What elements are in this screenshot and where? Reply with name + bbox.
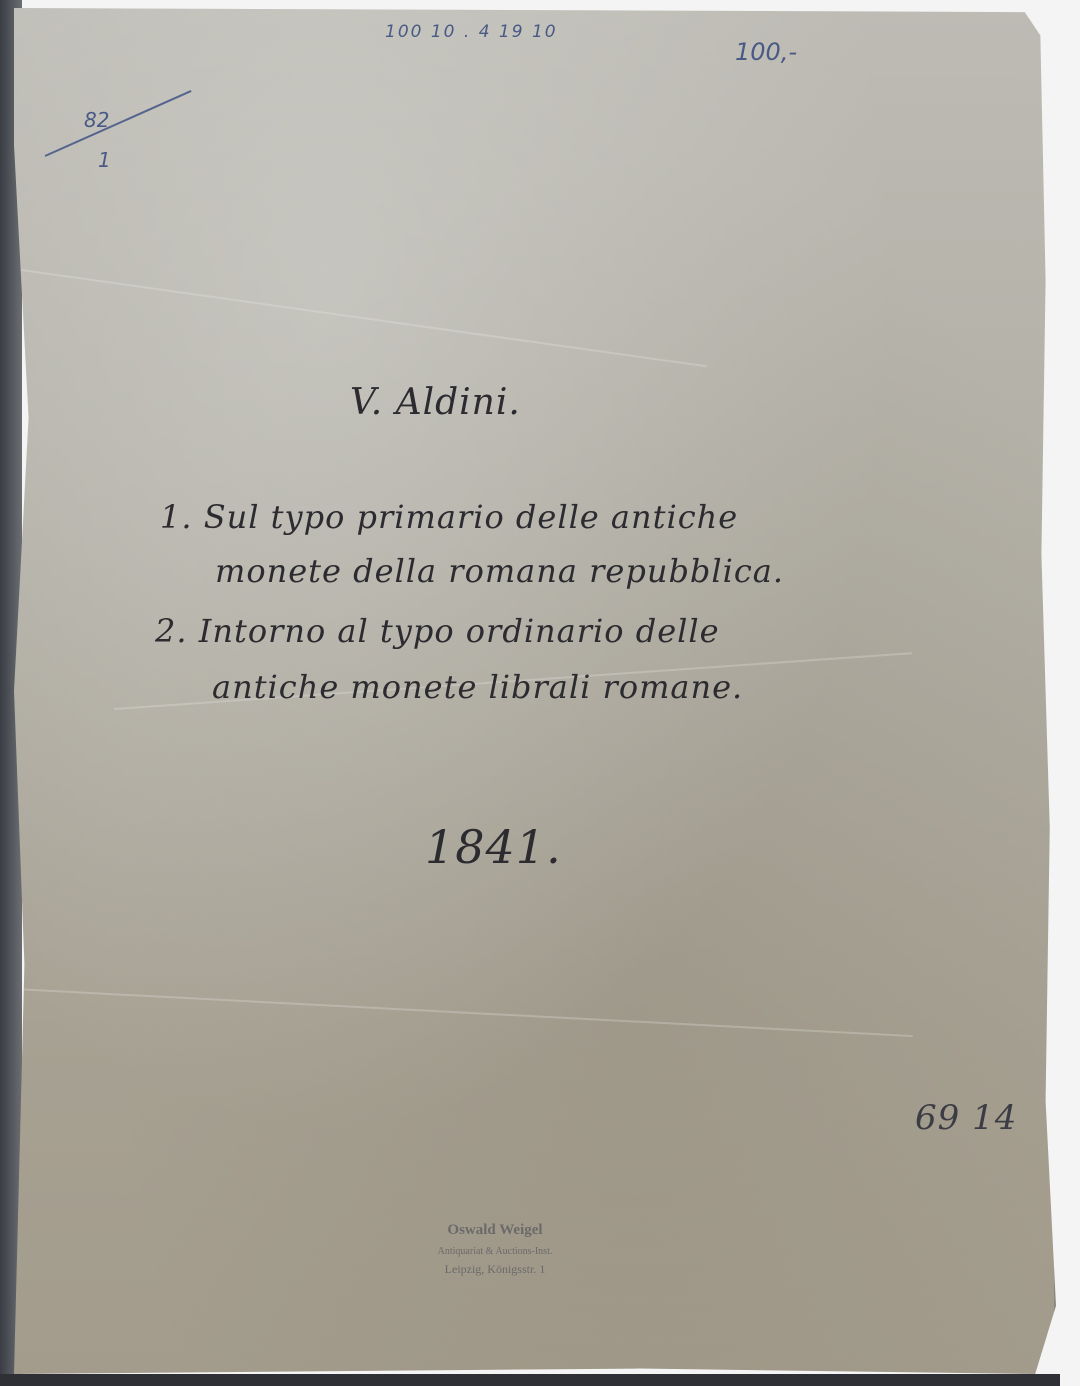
paper-crease xyxy=(14,268,707,367)
paper-crease xyxy=(14,988,913,1037)
dealer-stamp-subtitle: Antiquariat & Auctions-Inst. xyxy=(380,1246,610,1257)
corner-annotation-line1: 82 xyxy=(84,100,111,140)
top-reference-annotation: 100 10 . 4 19 10 xyxy=(385,22,558,42)
title-2-line-1: 2. Intorno al typo ordinario delle xyxy=(155,612,720,650)
title-1-line-2: monete della romana repubblica. xyxy=(215,552,784,590)
publication-year: 1841. xyxy=(425,820,562,874)
shelf-mark-annotation: 69 14 xyxy=(915,1098,1017,1138)
title-2-line-2: antiche monete librali romane. xyxy=(212,668,743,706)
title-1-line-1: 1. Sul typo primario delle antiche xyxy=(160,498,738,536)
author-name: V. Aldini. xyxy=(350,382,521,423)
price-annotation: 100,- xyxy=(735,38,797,66)
corner-annotation-line2: 1 xyxy=(84,140,111,180)
corner-annotation: 82 1 xyxy=(84,100,111,180)
dark-background-bottom xyxy=(0,1374,1060,1386)
dealer-stamp-address: Leipzig, Königsstr. 1 xyxy=(380,1262,610,1277)
dealer-stamp-name: Oswald Weigel xyxy=(380,1222,610,1239)
